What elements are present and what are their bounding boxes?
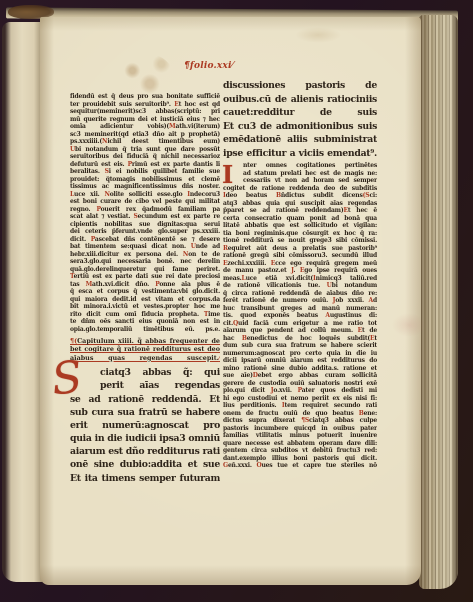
text-line: te dñm oēs sancti eius quoniā non est in xyxy=(70,318,220,326)
text-line: qui maiora dedit.id est vitam et corpus.… xyxy=(70,296,220,304)
text-line: cessariis vt non ad horam sed semper xyxy=(223,177,377,185)
text-line: p̃paret se ad rationē reddendam)Et hec ē xyxy=(223,207,377,215)
text-line: gerere de custodia ouiū saluatoris nostr… xyxy=(223,380,377,388)
text-line: onem de fructu ouiū de quo beatus Bene: xyxy=(223,410,377,418)
text-line: tionē redditurā se nouit grege3 sibi cōm… xyxy=(223,237,377,245)
text-line: Luce xii. Nolite solliciti esse.glo Inde… xyxy=(70,191,220,199)
text-line: Et cu3 de admonitionibus suis xyxy=(223,120,377,134)
text-line: numerum:agnoscat pro certo quia in die i… xyxy=(223,350,377,358)
text-line: erit numerū:agnoscat pro certo xyxy=(70,419,220,432)
text-line: sera3.glo.qui necessaria bonē. nec derel… xyxy=(70,258,220,266)
summary-lines: ciatq3 abbas q̃: qui susceperit aīas reg… xyxy=(70,366,220,485)
text-line: cipientis nobilitas sue dignitas:qua ser… xyxy=(70,221,220,229)
text-line: hi ego custodiui et nemo periit ex eis n… xyxy=(223,395,377,403)
text-line: ciatq3 abbas q̃: qui susce xyxy=(70,366,220,379)
text-line: emēdationē aliis subministrat xyxy=(223,133,377,147)
text-line: nter omnes cogitationes pertinētes xyxy=(223,162,377,170)
text-line: Ezechi.xxxiiii. Ecce ego requirā gregem … xyxy=(223,260,377,268)
text-line: sub cura sua fratrū se habere sci xyxy=(70,406,220,419)
text-line: bet cogitare q̃ rationē redditurus est d… xyxy=(70,345,220,353)
text-line: pastoris incumbere quicqd in ouibus pate… xyxy=(223,425,377,433)
book-page: ¶folio.xxi⁄ fidendū est q̃ deus pro sua … xyxy=(40,17,421,585)
text-line: ter prouidebit suis seruitorib⁹. Et hoc … xyxy=(70,101,220,109)
text-line: bit minora.i.victū et vestes.propter hoc… xyxy=(70,303,220,311)
text-line: dum sub cura sua fratrum se habere scier… xyxy=(223,342,377,350)
text-line: de rationē vilicationis tue. Ubi notandu… xyxy=(223,282,377,290)
facing-page-sliver xyxy=(2,22,42,582)
text-line: est boni curare de cibo vel peste qui mi… xyxy=(70,198,220,206)
text-line: ¶(Capitulum xiiii. q̃ abbas frequenter d… xyxy=(70,337,220,345)
text-line: tis. quod exponēs beatus Augustinus di: xyxy=(223,312,377,320)
text-line: ps.xxxiiii.(Nichil deest timentibus eum) xyxy=(70,138,220,146)
text-line: se ad rationē reddendā. Et q̃tu3 xyxy=(70,393,220,406)
text-line: cogitet de ratione reddenda deo de subdi… xyxy=(223,185,377,193)
text-line: aīabus quas regendas suscepit.⁄ xyxy=(70,354,220,362)
text-line: dictus supra dixerat ¶Sciatq3 abbas culp… xyxy=(223,417,377,425)
text-line: mino rationē sine dubio addita.s. ration… xyxy=(223,365,377,373)
text-line: onē sine dubio:addita et sue aīe. xyxy=(70,458,220,471)
text-line: Tertiū est ex parte dati sue rei date pr… xyxy=(70,273,220,281)
text-line: omīa adicientur vobis)(Math.vi(iterum) xyxy=(70,123,220,131)
text-line: seruitoribus dei fiduciā q̃ nichil neces… xyxy=(70,153,220,161)
text-line: ouibus.cū de alienis ratiociniis xyxy=(223,93,377,107)
text-line: Ubi notandum q̃ tria sunt que dare possū… xyxy=(70,146,220,154)
text-line: ipse efficitur a viciis emendat⁹. xyxy=(223,147,377,161)
text-line: dicii ipsarū omniū aīarum est redditurus… xyxy=(223,357,377,365)
text-line: beralitas. Si ei nobilis quilibet famili… xyxy=(70,168,220,176)
text-line: mū querite regnum dei et iusticiā eius ⁊… xyxy=(70,116,220,124)
text-line: rito dicit cum omī fiducia propheta. Tim… xyxy=(70,311,220,319)
text-line: q̃ circa rationē reddendā de aīabus dño … xyxy=(223,290,377,298)
text-line: quia in die iudicii ipsa3 omniū xyxy=(70,432,220,445)
text-line: tia boni regiminis.que cōsurgit ex hoc q… xyxy=(223,230,377,238)
text-line: ad statum prelati hec est de magis ne: xyxy=(223,170,377,178)
text-line: Geñ.xxxi. Oues tue et capre tue steriles… xyxy=(223,462,377,470)
text-line: aiarum est dño redditurus rati xyxy=(70,445,220,458)
text-line: q̃ esca et corpus q̃ vestimenta:vbi glo.… xyxy=(70,288,220,296)
drop-cap-s: S xyxy=(50,356,85,403)
text-line: huc transibunt greges ad manū numeran: xyxy=(223,305,377,313)
text-line: certa consecratio quam ponit ad bonā qua xyxy=(223,215,377,223)
text-line: plo.qui dicit Jo.xvii. Pater quos dedist… xyxy=(223,387,377,395)
chapter-rubric: ¶(Capitulum xiiii. q̃ abbas frequenter d… xyxy=(70,337,220,362)
text-line: cit.Quid faciā cum erigetur a me ratio t… xyxy=(223,320,377,328)
text-line: bat timentem se:quasi dicat non. Unde ad xyxy=(70,243,220,251)
text-line: aīarum que pendent ad collū meum. Et de xyxy=(223,327,377,335)
right-text-column: discussiones pastoris de creditisouibus.… xyxy=(223,79,377,470)
text-line: sequitur(meminerit)sc3 abbas(scriptū: pr… xyxy=(70,108,220,116)
text-line: hac Benedictus de hoc loquēs subdit(Et xyxy=(223,335,377,343)
foxing-stain xyxy=(115,53,173,97)
text-line: dicit. Pascebat dñs contēnentē se ⁊ dese… xyxy=(70,236,220,244)
text-line: gentem circa subditos vt debitū fructu3 … xyxy=(223,447,377,455)
text-line: dant.exemplo illius boni pastoris qui di… xyxy=(223,455,377,463)
drop-cap-i: I xyxy=(222,163,233,187)
foxing-stain xyxy=(295,27,341,43)
text-line: Ideo beatus Bñdictus subdit dicens(Sci: xyxy=(223,192,377,200)
text-line: sc3 meminerit(qd etia3 dño ait p prophet… xyxy=(70,131,220,139)
text-line: scat alat ⁊ vestiat. Secundum est ex par… xyxy=(70,213,220,221)
text-line: prouidet: q̃tomagis nobilissimus et clem… xyxy=(70,176,220,184)
book-photo: ¶folio.xxi⁄ fidendū est q̃ deus pro sua … xyxy=(0,0,473,602)
summary-paragraph: discussiones pastoris de creditisouibus.… xyxy=(223,79,377,160)
text-line: Et ita timens semper futuram xyxy=(70,472,220,485)
text-line: meas.Luce etiā xvi.dicit(Inimicq3 taliū.… xyxy=(223,275,377,283)
text-line: opia.glo.temporaliū timētibus eū. ps.e. xyxy=(70,326,220,334)
summary-paragraph: S ciatq3 abbas q̃: qui susceperit aīas r… xyxy=(70,366,220,485)
book-fore-edge xyxy=(419,15,458,589)
text-line: hebr.xiii.dicitur ex persona dei. Non te… xyxy=(70,251,220,259)
left-text-column: fidendū est q̃ deus pro sua bonitate suf… xyxy=(70,93,220,485)
text-line: familias vtilitatis minus potuerit inuen… xyxy=(223,432,377,440)
foxing-stain xyxy=(392,313,426,337)
body-text-small: I nter omnes cogitationes pertinētesad s… xyxy=(223,162,377,470)
text-line: regno. Pouerit rex q̃admodū familiam pa xyxy=(70,206,220,214)
text-line: tissimus ac magnificentissimus dñs noste… xyxy=(70,183,220,191)
text-line: discussiones pastoris de creditis xyxy=(223,79,377,93)
text-line: lius perditionis. Item requiret secundo … xyxy=(223,402,377,410)
text-line: ferēt rationē de numero ouiū. Job xxxii.… xyxy=(223,297,377,305)
text-line: cauet:redditur de suis sollicitus. xyxy=(223,106,377,120)
folio-header: ¶folio.xxi⁄ xyxy=(184,61,233,71)
text-line: perit aīas regendas p̃paret xyxy=(70,379,220,392)
text-line: Requiret aūt deus a prelatis sue pastori… xyxy=(223,245,377,253)
body-text-small: fidendū est q̃ deus pro sua bonitate suf… xyxy=(70,93,220,333)
text-line: atq3 abbas quia qui suscipit aīas regend… xyxy=(223,200,377,208)
text-line: rationē gregū sibi cōmissoru3. secundū i… xyxy=(223,252,377,260)
text-line: quā.glo.derelinqueretur qui fame periret… xyxy=(70,266,220,274)
text-line: dei ceteris p̃ferunt.vnde glo.super ps.x… xyxy=(70,228,220,236)
text-line: defuturū est eis. Primū est ex parte dan… xyxy=(70,161,220,169)
text-line: litatē abbatis que est sollicitudo et vi… xyxy=(223,222,377,230)
text-line: de manu pastoz.et J. Ego ipse requirā ou… xyxy=(223,267,377,275)
body-lines: nter omnes cogitationes pertinētesad sta… xyxy=(223,162,377,470)
text-line: sue aīe)Debet ergo abbas curam sollicitā xyxy=(223,372,377,380)
text-line: tas Math.xvi.dicit dño. Ponne aīa plus ē xyxy=(70,281,220,289)
text-line: quare necesse est abbatem operam dare di… xyxy=(223,440,377,448)
text-line: fidendū est q̃ deus pro sua bonitate suf… xyxy=(70,93,220,101)
